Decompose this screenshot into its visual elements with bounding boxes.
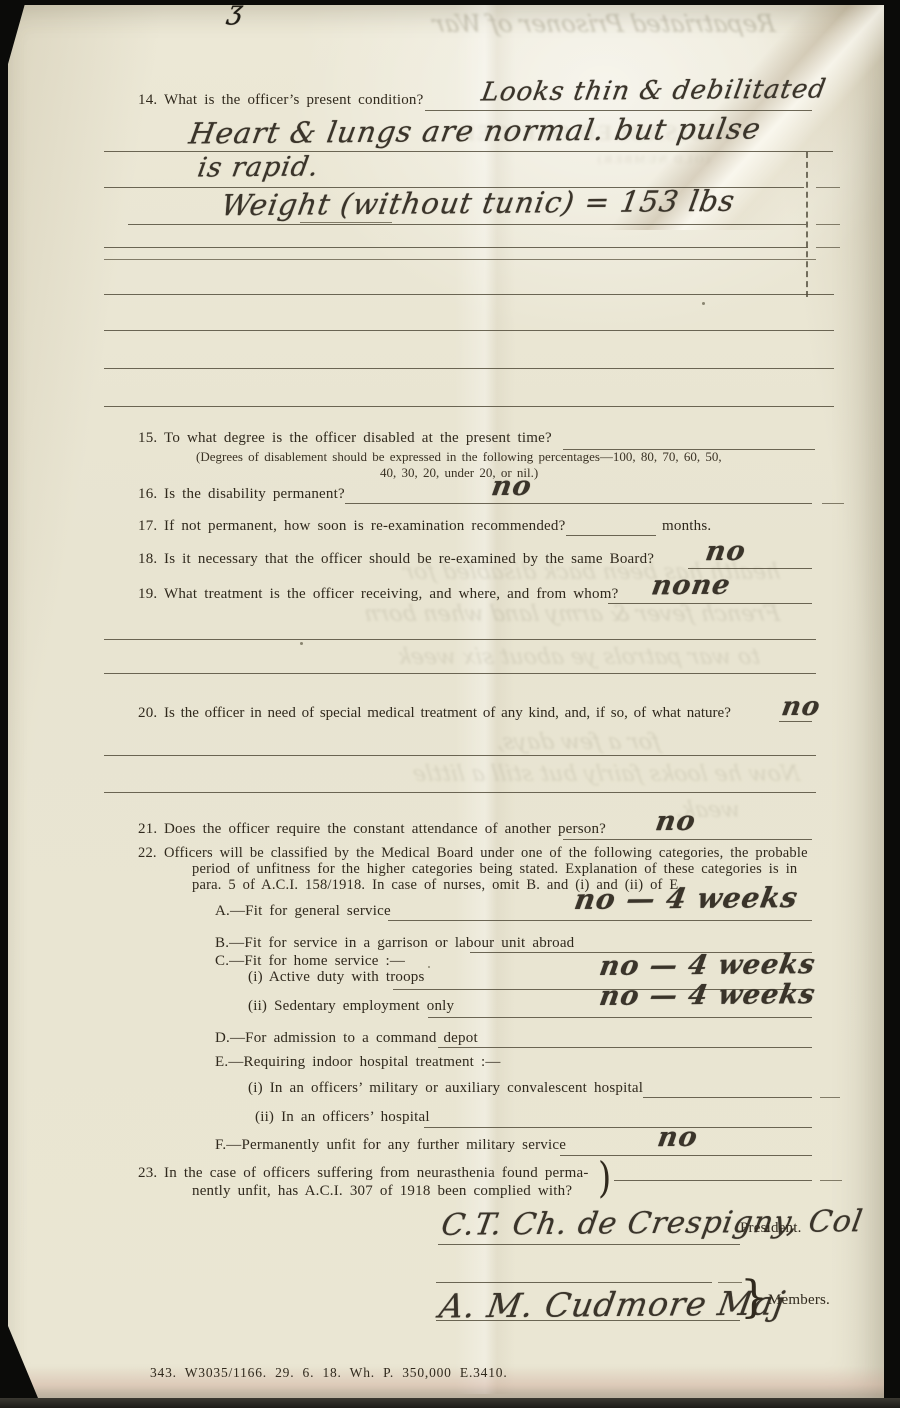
scan-corner-top-left [8,0,26,64]
category-c-label: C.—Fit for home service :— [215,953,405,970]
answer-line [104,792,816,793]
category-b-label: B.—Fit for service in a garrison or labo… [215,935,574,952]
scan-border-left [0,0,8,1408]
q14-text: What is the officer’s present condition? [164,92,423,109]
answer-line [424,1127,812,1128]
paper-speck [702,302,705,305]
q20-text: Is the officer in need of special medica… [164,705,731,722]
q16-text: Is the disability permanent? [164,486,345,503]
q23-brace: ) [598,1153,611,1203]
q17-months-label: months. [662,518,711,535]
scan-border-right [884,0,900,1408]
category-a-label: A.—Fit for general service [215,903,391,920]
q14-number: 14. [138,92,157,109]
q18-number: 18. [138,551,157,568]
answer-line [128,224,806,225]
category-d-label: D.—For admission to a command depot [215,1030,478,1047]
q14-answer-3: is rapid. [195,151,321,183]
answer-line [566,535,656,536]
signature-line [436,1282,712,1283]
answer-line-dash [816,247,840,248]
answer-line [104,259,816,260]
margin-dashed-line [806,152,808,297]
members-brace: } [740,1272,768,1323]
q20-number: 20. [138,705,157,722]
answer-line-dash [816,224,840,225]
q15-number: 15. [138,430,157,447]
category-c-ii-answer: no — 4 weeks [597,979,818,1012]
q14-answer-2: Heart & lungs are normal. but pulse [187,112,764,151]
answer-line-dash [816,187,840,188]
answer-line [104,247,808,248]
answer-line [104,330,834,331]
scan-corner-bottom-left [8,1326,38,1398]
answer-line-dash [820,1097,840,1098]
q23-number: 23. [138,1165,157,1182]
members-label: Members. [768,1292,830,1309]
q22-text-line2: period of unfitness for the higher categ… [192,861,797,878]
answer-line [104,406,834,407]
answer-line [345,503,812,504]
q23-text-line1: In the case of officers suffering from n… [164,1165,589,1182]
q14-answer-4: Weight (without tunic) = 153 lbs [219,184,738,222]
printer-imprint: 343. W3035/1166. 29. 6. 18. Wh. P. 350,0… [150,1365,508,1381]
category-c-i-answer: no — 4 weeks [597,949,818,982]
signature-line [438,1244,740,1245]
president-label: President. [740,1220,802,1237]
q16-answer: no [489,471,534,502]
q19-answer: none [649,570,733,602]
answer-line [688,568,812,569]
q21-answer: no [653,806,698,837]
handwriting-underline [300,222,392,223]
paper-speck [428,966,430,968]
scan-border-top [0,0,900,5]
q15-text: To what degree is the officer disabled a… [164,430,552,447]
category-e-label: E.—Requiring indoor hospital treatment :… [215,1054,501,1071]
q19-number: 19. [138,586,157,603]
category-c-i-label: (i) Active duty with troops [248,969,425,986]
category-f-answer: no [655,1122,700,1153]
answer-line [104,673,816,674]
answer-line [608,603,812,604]
answer-line [104,755,816,756]
q17-number: 17. [138,518,157,535]
q15-note-1: (Degrees of disablement should be expres… [196,449,722,465]
q22-number: 22. [138,845,157,862]
answer-line [104,294,834,295]
answer-line [104,639,816,640]
q21-text: Does the officer require the constant at… [164,821,606,838]
signature-line [436,1320,740,1321]
scan-border-bottom [0,1398,900,1408]
category-e-ii-label: (ii) In an officers’ hospital [255,1109,430,1126]
category-c-ii-label: (ii) Sedentary employment only [248,998,454,1015]
answer-line [428,1017,812,1018]
answer-line-dash [822,503,844,504]
answer-line [643,1097,812,1098]
q19-text: What treatment is the officer receiving,… [164,586,618,603]
answer-line [563,839,812,840]
category-a-answer: no — 4 weeks [572,881,801,916]
answer-line [614,1180,812,1181]
paper-speck [300,642,303,645]
answer-line-dash [820,1180,842,1181]
q21-number: 21. [138,821,157,838]
q20-answer: no [779,692,822,722]
category-f-label: F.—Permanently unfit for any further mil… [215,1137,566,1154]
q23-text-line2: nently unfit, has A.C.I. 307 of 1918 bee… [192,1183,572,1200]
q17-text: If not permanent, how soon is re-examina… [164,518,565,535]
answer-line [438,1047,812,1048]
answer-line [104,368,834,369]
president-signature: C.T. Ch. de Crespigny, Col [439,1204,866,1243]
q16-number: 16. [138,486,157,503]
category-e-i-label: (i) In an officers’ military or auxiliar… [248,1080,643,1097]
signature-line-dash [718,1282,742,1283]
answer-line [388,920,812,921]
q18-text: Is it necessary that the officer should … [164,551,654,568]
q18-answer: no [703,536,748,567]
q22-text-line1: Officers will be classified by the Medic… [164,845,808,862]
q14-answer-1: Looks thin & debilitated [479,74,828,107]
